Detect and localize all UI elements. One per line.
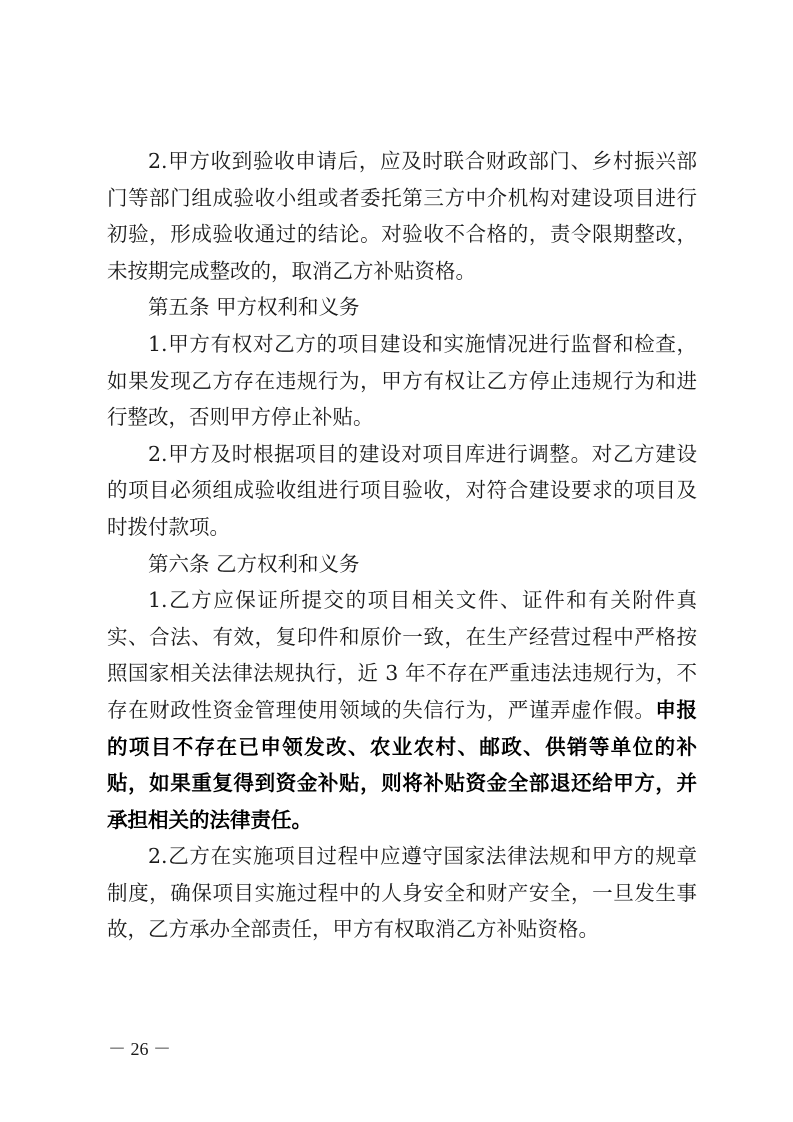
heading-article-5: 第五条 甲方权利和义务: [107, 289, 697, 326]
paragraph-acceptance-review: 2.甲方收到验收申请后，应及时联合财政部门、乡村振兴部门等部门组成验收小组或者委…: [107, 143, 697, 289]
paragraph-party-a-adjustment: 2.甲方及时根据项目的建设对项目库进行调整。对乙方建设的项目必须组成验收组进行项…: [107, 436, 697, 546]
paragraph-party-b-safety: 2.乙方在实施项目过程中应遵守国家法律法规和甲方的规章制度，确保项目实施过程中的…: [107, 838, 697, 948]
page-number: － 26 －: [108, 1035, 171, 1061]
paragraph-party-b-guarantee: 1.乙方应保证所提交的项目相关文件、证件和有关附件真实、合法、有效，复印件和原价…: [107, 582, 697, 838]
guarantee-text: 1.乙方应保证所提交的项目相关文件、证件和有关附件真实、合法、有效，复印件和原价…: [107, 588, 697, 722]
document-body: 2.甲方收到验收申请后，应及时联合财政部门、乡村振兴部门等部门组成验收小组或者委…: [107, 143, 697, 948]
paragraph-party-a-supervision: 1.甲方有权对乙方的项目建设和实施情况进行监督和检查，如果发现乙方存在违规行为，…: [107, 326, 697, 436]
heading-article-6: 第六条 乙方权利和义务: [107, 546, 697, 583]
